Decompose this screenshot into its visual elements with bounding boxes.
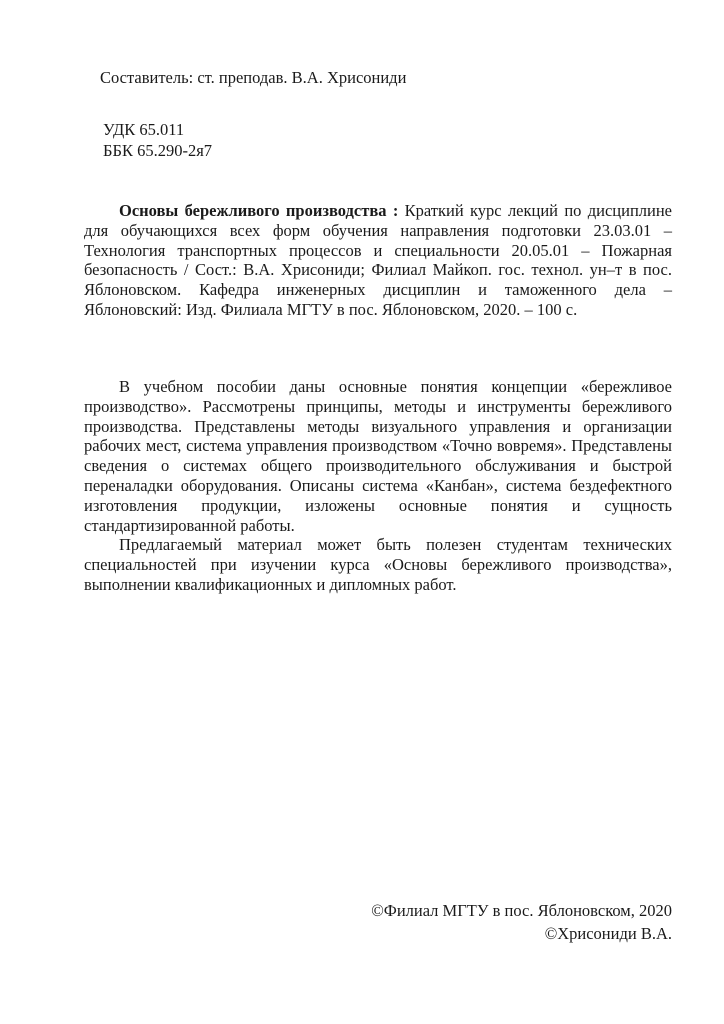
annotation-paragraph-2: Предлагаемый материал может быть полезен… (84, 535, 672, 594)
annotation-block: В учебном пособии даны основные понятия … (84, 377, 672, 595)
copyright-block: ©Филиал МГТУ в пос. Яблоновском, 2020 ©Х… (371, 899, 672, 945)
udk-code: УДК 65.011 (103, 119, 212, 140)
document-page: Составитель: ст. преподав. В.А. Хрисонид… (0, 0, 724, 1024)
bbk-code: ББК 65.290-2я7 (103, 140, 212, 161)
compiler-line: Составитель: ст. преподав. В.А. Хрисонид… (100, 68, 406, 88)
copyright-author-line: ©Хрисониди В.А. (371, 922, 672, 945)
bibliographic-title: Основы бережливого производства : (119, 201, 398, 220)
copyright-publisher-line: ©Филиал МГТУ в пос. Яблоновском, 2020 (371, 899, 672, 922)
annotation-paragraph-1: В учебном пособии даны основные понятия … (84, 377, 672, 535)
classification-codes: УДК 65.011 ББК 65.290-2я7 (103, 119, 212, 161)
bibliographic-description: Основы бережливого производства : Кратки… (84, 201, 672, 320)
